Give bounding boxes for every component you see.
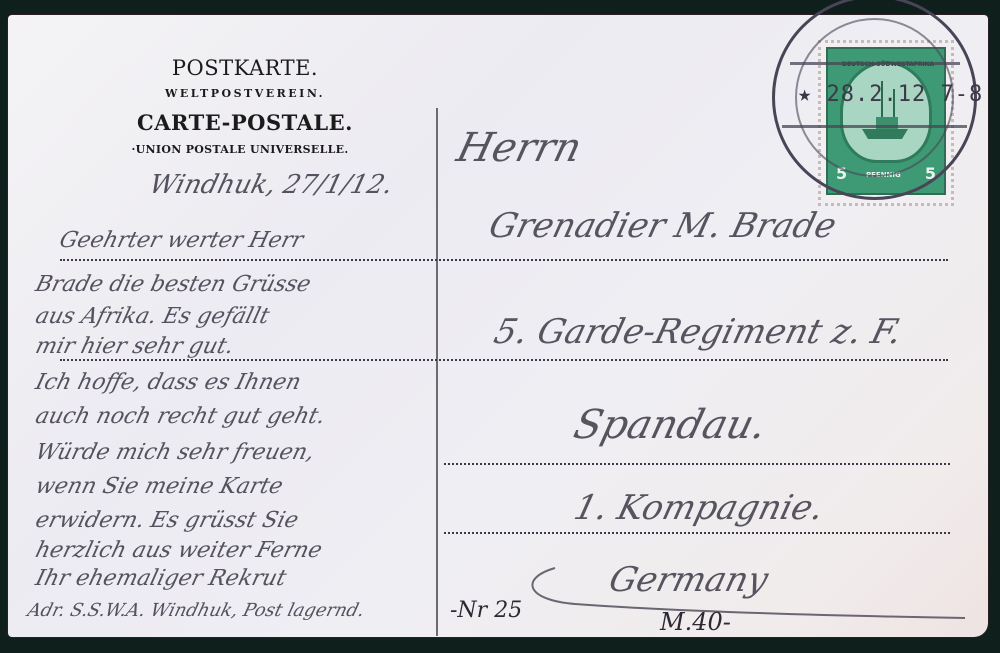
address-salutation: Herrn <box>452 125 586 171</box>
message-line: Würde mich sehr freuen, <box>33 440 317 465</box>
message-line: herzlich aus weiter Ferne <box>33 538 325 563</box>
annotation-price: M.40- <box>660 608 731 636</box>
message-line: Ihr ehemaliger Rekrut <box>33 566 289 591</box>
message-line: auch noch recht gut geht. <box>33 404 328 429</box>
flourish-underline <box>515 560 975 620</box>
message-line: Windhuk, 27/1/12. <box>146 170 396 200</box>
address-name: Grenadier M. Brade <box>485 206 840 246</box>
postmark-bar <box>782 125 967 128</box>
header-postkarte: POSTKARTE. <box>120 56 370 80</box>
center-divider <box>436 108 438 636</box>
message-line: erwidern. Es grüsst Sie <box>33 508 301 533</box>
header-union-postale: ·UNION POSTALE UNIVERSELLE. <box>100 143 380 156</box>
postmark-bar <box>790 62 960 65</box>
dotted-line-3 <box>444 463 950 465</box>
dotted-line-1 <box>60 259 948 261</box>
postmark-date: ★ 28.2.12 7-8 <box>798 82 983 107</box>
annotation-number: -Nr 25 <box>450 598 522 623</box>
message-line: Ich hoffe, dass es Ihnen <box>33 370 304 395</box>
address-regiment: 5. Garde-Regiment z. F. <box>490 312 906 352</box>
message-line: mir hier sehr gut. <box>33 334 236 359</box>
dotted-line-2 <box>60 359 948 361</box>
message-line: Geehrter werter Herr <box>57 228 306 253</box>
message-line: aus Afrika. Es gefällt <box>33 304 272 329</box>
message-line: Adr. S.S.W.A. Windhuk, Post lagernd. <box>25 600 366 621</box>
header-carte-postale: CARTE-POSTALE. <box>120 110 370 135</box>
dotted-line-4 <box>444 532 950 534</box>
address-city: Spandau. <box>569 402 771 448</box>
address-company: 1. Kompagnie. <box>570 488 828 528</box>
message-line: Brade die besten Grüsse <box>33 272 314 297</box>
header-weltpostverein: WELTPOSTVEREIN. <box>120 87 370 100</box>
message-line: wenn Sie meine Karte <box>33 474 286 499</box>
